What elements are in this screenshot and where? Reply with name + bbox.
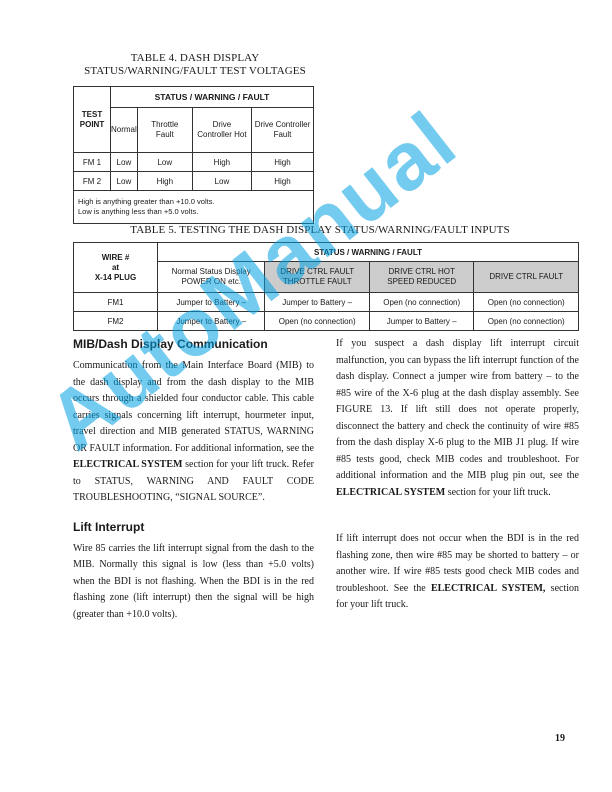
- column-header-line: DRIVE CTRL FAULT: [265, 267, 369, 277]
- cell: Jumper to Battery –: [265, 293, 370, 312]
- table-row: FM 2 Low High Low High: [74, 172, 314, 191]
- shorted-wire-paragraph: If lift interrupt does not occur when th…: [336, 531, 579, 614]
- table4-title: TABLE 4. DASH DISPLAY STATUS/WARNING/FAU…: [60, 52, 330, 78]
- wire-id: FM2: [74, 312, 158, 331]
- cell: High: [192, 153, 251, 172]
- column-header: Throttle Fault: [137, 108, 192, 153]
- lift-interrupt-paragraph: Wire 85 carries the lift interrupt signa…: [73, 541, 314, 624]
- column-header-line: DRIVE CTRL HOT: [370, 267, 474, 277]
- cell: Low: [192, 172, 251, 191]
- column-header: DRIVE CTRL HOT SPEED REDUCED: [369, 262, 474, 293]
- table-row: FM 1 Low Low High High: [74, 153, 314, 172]
- test-point: FM 2: [74, 172, 111, 191]
- column-header-line: THROTTLE FAULT: [265, 277, 369, 287]
- column-header: DRIVE CTRL FAULT THROTTLE FAULT: [265, 262, 370, 293]
- right-column: If you suspect a dash display lift inter…: [336, 336, 579, 614]
- table-row: FM2 Jumper to Battery – Open (no connect…: [74, 312, 579, 331]
- bold-reference: ELECTRICAL SYSTEM: [73, 459, 182, 470]
- wire-header-line: WIRE #: [74, 253, 157, 263]
- mib-communication-paragraph: Communication from the Main Interface Bo…: [73, 358, 314, 507]
- cell: High: [251, 153, 313, 172]
- column-header: Normal: [111, 108, 138, 153]
- cell: High: [251, 172, 313, 191]
- bold-reference: ELECTRICAL SYSTEM,: [431, 583, 545, 594]
- status-warning-fault-header: STATUS / WARNING / FAULT: [111, 87, 314, 108]
- cell: Jumper to Battery –: [158, 312, 265, 331]
- voltage-note: High is anything greater than +10.0 volt…: [74, 191, 314, 224]
- cell: Low: [111, 153, 138, 172]
- cell: Open (no connection): [474, 312, 579, 331]
- column-header-line: SPEED REDUCED: [370, 277, 474, 287]
- text-run: section for your lift truck.: [445, 487, 551, 498]
- table-row: FM1 Jumper to Battery – Jumper to Batter…: [74, 293, 579, 312]
- section-heading-mib-communication: MIB/Dash Display Communication: [73, 336, 314, 352]
- test-point-header: TEST POINT: [74, 87, 111, 153]
- note-line-low: Low is anything less than +5.0 volts.: [78, 207, 309, 217]
- cell: Open (no connection): [369, 293, 474, 312]
- column-header: Drive Controller Fault: [251, 108, 313, 153]
- section-heading-lift-interrupt: Lift Interrupt: [73, 519, 314, 535]
- cell: Open (no connection): [265, 312, 370, 331]
- note-line-high: High is anything greater than +10.0 volt…: [78, 197, 309, 207]
- wire-header: WIRE # at X-14 PLUG: [74, 243, 158, 293]
- page-number: 19: [555, 733, 565, 744]
- wire-header-line: X-14 PLUG: [74, 273, 157, 283]
- bold-reference: ELECTRICAL SYSTEM: [336, 487, 445, 498]
- cell: Jumper to Battery –: [158, 293, 265, 312]
- cell: Low: [137, 153, 192, 172]
- column-header: Normal Status Display POWER ON etc.: [158, 262, 265, 293]
- table4-title-line2: STATUS/WARNING/FAULT TEST VOLTAGES: [60, 65, 330, 78]
- test-voltages-table: TEST POINT STATUS / WARNING / FAULT Norm…: [73, 86, 314, 224]
- column-header-line: POWER ON etc.: [158, 277, 264, 287]
- cell: Low: [111, 172, 138, 191]
- column-header: DRIVE CTRL FAULT: [474, 262, 579, 293]
- bypass-paragraph: If you suspect a dash display lift inter…: [336, 336, 579, 501]
- test-point: FM 1: [74, 153, 111, 172]
- status-warning-fault-header: STATUS / WARNING / FAULT: [158, 243, 579, 262]
- table5-title: TABLE 5. TESTING THE DASH DISPLAY STATUS…: [60, 224, 580, 236]
- column-header-line: DRIVE CTRL FAULT: [474, 272, 578, 282]
- wire-header-line: at: [74, 263, 157, 273]
- cell: High: [137, 172, 192, 191]
- cell: Jumper to Battery –: [369, 312, 474, 331]
- column-header: Drive Controller Hot: [192, 108, 251, 153]
- text-run: If you suspect a dash display lift inter…: [336, 338, 579, 481]
- wire-id: FM1: [74, 293, 158, 312]
- table4-title-line1: TABLE 4. DASH DISPLAY: [60, 52, 330, 65]
- left-column: MIB/Dash Display Communication Communica…: [73, 336, 314, 623]
- column-header-line: Normal Status Display: [158, 267, 264, 277]
- cell: Open (no connection): [474, 293, 579, 312]
- status-inputs-table: WIRE # at X-14 PLUG STATUS / WARNING / F…: [73, 242, 579, 331]
- text-run: Communication from the Main Interface Bo…: [73, 360, 314, 454]
